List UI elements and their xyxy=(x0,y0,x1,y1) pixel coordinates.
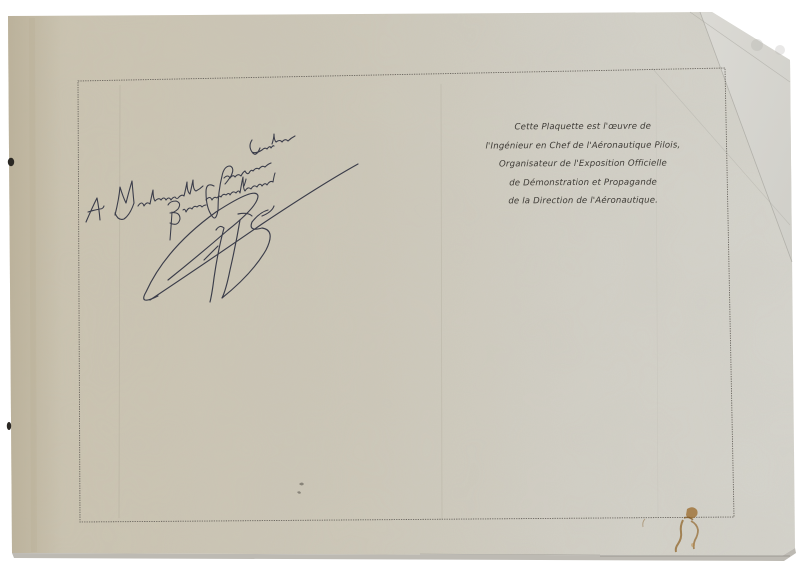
document-scan: Cette Plaquette est l'œuvre de l'Ingénie… xyxy=(0,0,800,565)
printed-line: de la Direction de l'Aéronautique. xyxy=(452,192,714,212)
printed-line: Organisateur de l'Exposition Officielle xyxy=(452,155,714,175)
printed-line: de Démonstration et Propagande xyxy=(452,173,714,193)
printed-colophon: Cette Plaquette est l'œuvre de l'Ingénie… xyxy=(452,117,714,211)
printed-line: Cette Plaquette est l'œuvre de xyxy=(452,117,714,137)
printed-line: l'Ingénieur en Chef de l'Aéronautique Pi… xyxy=(452,136,714,156)
paper-sheet xyxy=(0,0,800,565)
